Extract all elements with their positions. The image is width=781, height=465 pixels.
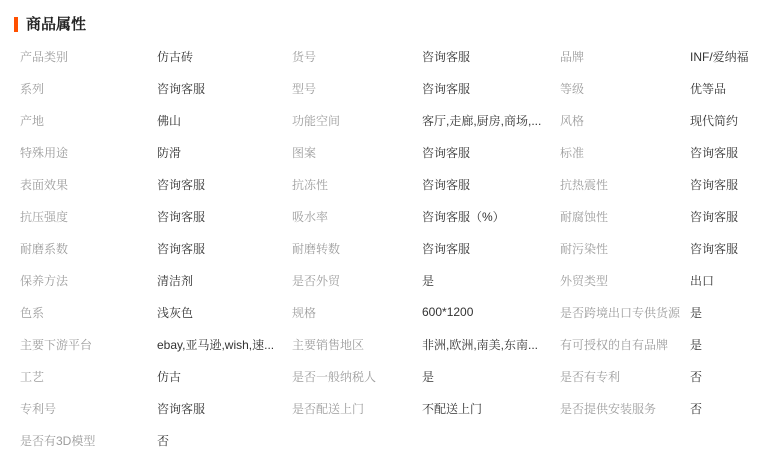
attr-label: 特殊用途 [20, 144, 157, 161]
attr-label: 是否有3D模型 [20, 432, 157, 449]
attr-value: 是 [422, 272, 560, 289]
attr-value: 是 [422, 368, 560, 385]
attr-label: 货号 [292, 48, 422, 65]
attr-value: 不配送上门 [422, 400, 560, 417]
attr-value: 浅灰色 [157, 304, 292, 321]
attr-row: 色系浅灰色规格600*1200是否跨境出口专供货源是 [0, 296, 781, 328]
attr-value: 600*1200 [422, 305, 560, 319]
attr-label: 等级 [560, 80, 690, 97]
attr-row: 是否有3D模型否 [0, 424, 781, 456]
attr-value: 咨询客服 [157, 176, 292, 193]
attr-row: 特殊用途防滑图案咨询客服标准咨询客服 [0, 136, 781, 168]
accent-bar-icon [14, 17, 18, 32]
attr-value: 咨询客服 [690, 144, 781, 161]
attributes-grid: 产品类别仿古砖货号咨询客服品牌INF/爱纳福系列咨询客服型号咨询客服等级优等品产… [0, 34, 781, 456]
attr-label: 抗热震性 [560, 176, 690, 193]
attr-row: 产地佛山功能空间客厅,走廊,厨房,商场,...风格现代简约 [0, 104, 781, 136]
attr-value: 咨询客服 [690, 176, 781, 193]
attr-label: 是否提供安装服务 [560, 400, 690, 417]
attr-row: 耐磨系数咨询客服耐磨转数咨询客服耐污染性咨询客服 [0, 232, 781, 264]
attr-value: 咨询客服（%） [422, 208, 560, 225]
attr-value: 否 [157, 432, 292, 449]
attr-value: 仿古砖 [157, 48, 292, 65]
attr-label: 耐腐蚀性 [560, 208, 690, 225]
product-attributes-panel: 商品属性 产品类别仿古砖货号咨询客服品牌INF/爱纳福系列咨询客服型号咨询客服等… [0, 0, 781, 456]
attr-value: 出口 [690, 272, 781, 289]
attr-value: 咨询客服 [422, 80, 560, 97]
attr-row: 专利号咨询客服是否配送上门不配送上门是否提供安装服务否 [0, 392, 781, 424]
attr-value: 咨询客服 [157, 80, 292, 97]
attr-value: 咨询客服 [690, 208, 781, 225]
attr-value: 是 [690, 304, 781, 321]
attr-label: 是否跨境出口专供货源 [560, 304, 690, 321]
attr-label: 耐磨系数 [20, 240, 157, 257]
attr-value: 否 [690, 368, 781, 385]
attr-value: 清洁剂 [157, 272, 292, 289]
panel-header: 商品属性 [0, 0, 781, 34]
attr-label: 是否有专利 [560, 368, 690, 385]
attr-value: 咨询客服 [157, 208, 292, 225]
attr-label: 产品类别 [20, 48, 157, 65]
attr-value: 咨询客服 [690, 240, 781, 257]
attr-value: ebay,亚马逊,wish,速... [157, 336, 292, 353]
attr-value: 非洲,欧洲,南美,东南... [422, 336, 560, 353]
attr-value: 咨询客服 [422, 240, 560, 257]
panel-title: 商品属性 [26, 17, 86, 32]
attr-value: 防滑 [157, 144, 292, 161]
attr-label: 专利号 [20, 400, 157, 417]
attr-value: 客厅,走廊,厨房,商场,... [422, 112, 560, 129]
attr-label: 抗压强度 [20, 208, 157, 225]
attr-label: 风格 [560, 112, 690, 129]
attr-label: 主要下游平台 [20, 336, 157, 353]
attr-label: 抗冻性 [292, 176, 422, 193]
attr-label: 是否一般纳税人 [292, 368, 422, 385]
attr-label: 表面效果 [20, 176, 157, 193]
attr-value: 现代简约 [690, 112, 781, 129]
attr-row: 抗压强度咨询客服吸水率咨询客服（%）耐腐蚀性咨询客服 [0, 200, 781, 232]
attr-value: 仿古 [157, 368, 292, 385]
attr-label: 规格 [292, 304, 422, 321]
attr-label: 耐污染性 [560, 240, 690, 257]
attr-value: 是 [690, 336, 781, 353]
attr-value: 咨询客服 [157, 400, 292, 417]
attr-label: 是否配送上门 [292, 400, 422, 417]
attr-value: 咨询客服 [422, 48, 560, 65]
attr-label: 有可授权的自有品牌 [560, 336, 690, 353]
attr-label: 外贸类型 [560, 272, 690, 289]
attr-row: 工艺仿古是否一般纳税人是是否有专利否 [0, 360, 781, 392]
attr-row: 产品类别仿古砖货号咨询客服品牌INF/爱纳福 [0, 40, 781, 72]
attr-row: 表面效果咨询客服抗冻性咨询客服抗热震性咨询客服 [0, 168, 781, 200]
attr-value: 咨询客服 [422, 176, 560, 193]
attr-label: 系列 [20, 80, 157, 97]
attr-label: 主要销售地区 [292, 336, 422, 353]
attr-label: 功能空间 [292, 112, 422, 129]
attr-label: 吸水率 [292, 208, 422, 225]
attr-row: 主要下游平台ebay,亚马逊,wish,速...主要销售地区非洲,欧洲,南美,东… [0, 328, 781, 360]
attr-value: 佛山 [157, 112, 292, 129]
attr-label: 标准 [560, 144, 690, 161]
attr-value: 否 [690, 400, 781, 417]
attr-label: 色系 [20, 304, 157, 321]
attr-label: 型号 [292, 80, 422, 97]
attr-label: 工艺 [20, 368, 157, 385]
attr-row: 系列咨询客服型号咨询客服等级优等品 [0, 72, 781, 104]
attr-label: 品牌 [560, 48, 690, 65]
attr-value: 咨询客服 [157, 240, 292, 257]
attr-label: 保养方法 [20, 272, 157, 289]
attr-label: 耐磨转数 [292, 240, 422, 257]
attr-row: 保养方法清洁剂是否外贸是外贸类型出口 [0, 264, 781, 296]
attr-label: 图案 [292, 144, 422, 161]
attr-value: INF/爱纳福 [690, 48, 781, 65]
attr-value: 优等品 [690, 80, 781, 97]
attr-label: 是否外贸 [292, 272, 422, 289]
attr-label: 产地 [20, 112, 157, 129]
attr-value: 咨询客服 [422, 144, 560, 161]
